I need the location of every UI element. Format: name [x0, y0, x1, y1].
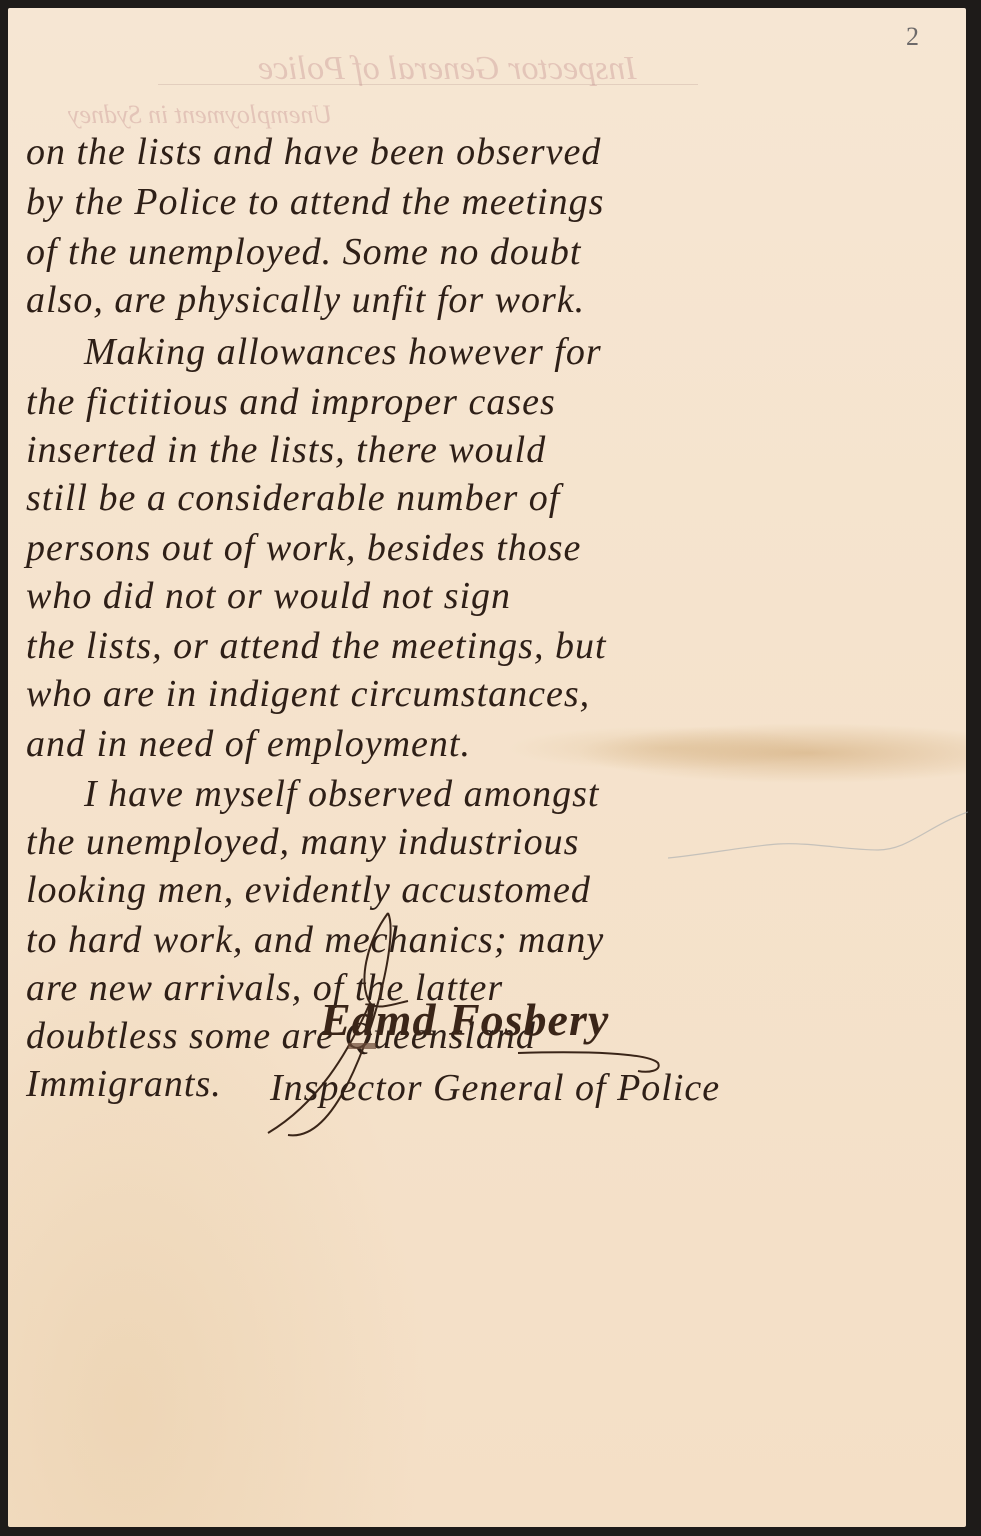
signature: Edmd Fosbery — [320, 993, 609, 1046]
body-line: Immigrants. — [26, 1062, 222, 1106]
body-line: on the lists and have been observed — [26, 130, 601, 174]
paper-tear-line — [668, 746, 968, 866]
body-line: persons out of work, besides those — [26, 526, 581, 570]
body-line: who did not or would not sign — [26, 574, 511, 618]
bleed-through-rule — [158, 84, 698, 85]
bleed-through-text: Inspector General of Police — [258, 50, 637, 88]
letter-page: 2 Inspector General of Police Unemployme… — [8, 8, 966, 1527]
body-line: Making allowances however for — [84, 330, 602, 374]
body-line: I have myself observed amongst — [84, 772, 599, 816]
body-line: the unemployed, many industrious — [26, 820, 579, 864]
body-line: the fictitious and improper cases — [26, 380, 556, 424]
body-line: and in need of employment. — [26, 722, 471, 766]
body-line: also, are physically unfit for work. — [26, 278, 585, 322]
page-number: 2 — [906, 22, 919, 52]
body-line: of the unemployed. Some no doubt — [26, 230, 581, 274]
bleed-through-text: Unemployment in Sydney — [68, 100, 332, 130]
body-line: inserted in the lists, there would — [26, 428, 546, 472]
body-line: still be a considerable number of — [26, 476, 560, 520]
body-line: who are in indigent circumstances, — [26, 672, 590, 716]
signature-title: Inspector General of Police — [270, 1066, 720, 1110]
body-line: by the Police to attend the meetings — [26, 180, 604, 224]
body-line: the lists, or attend the meetings, but — [26, 624, 607, 668]
